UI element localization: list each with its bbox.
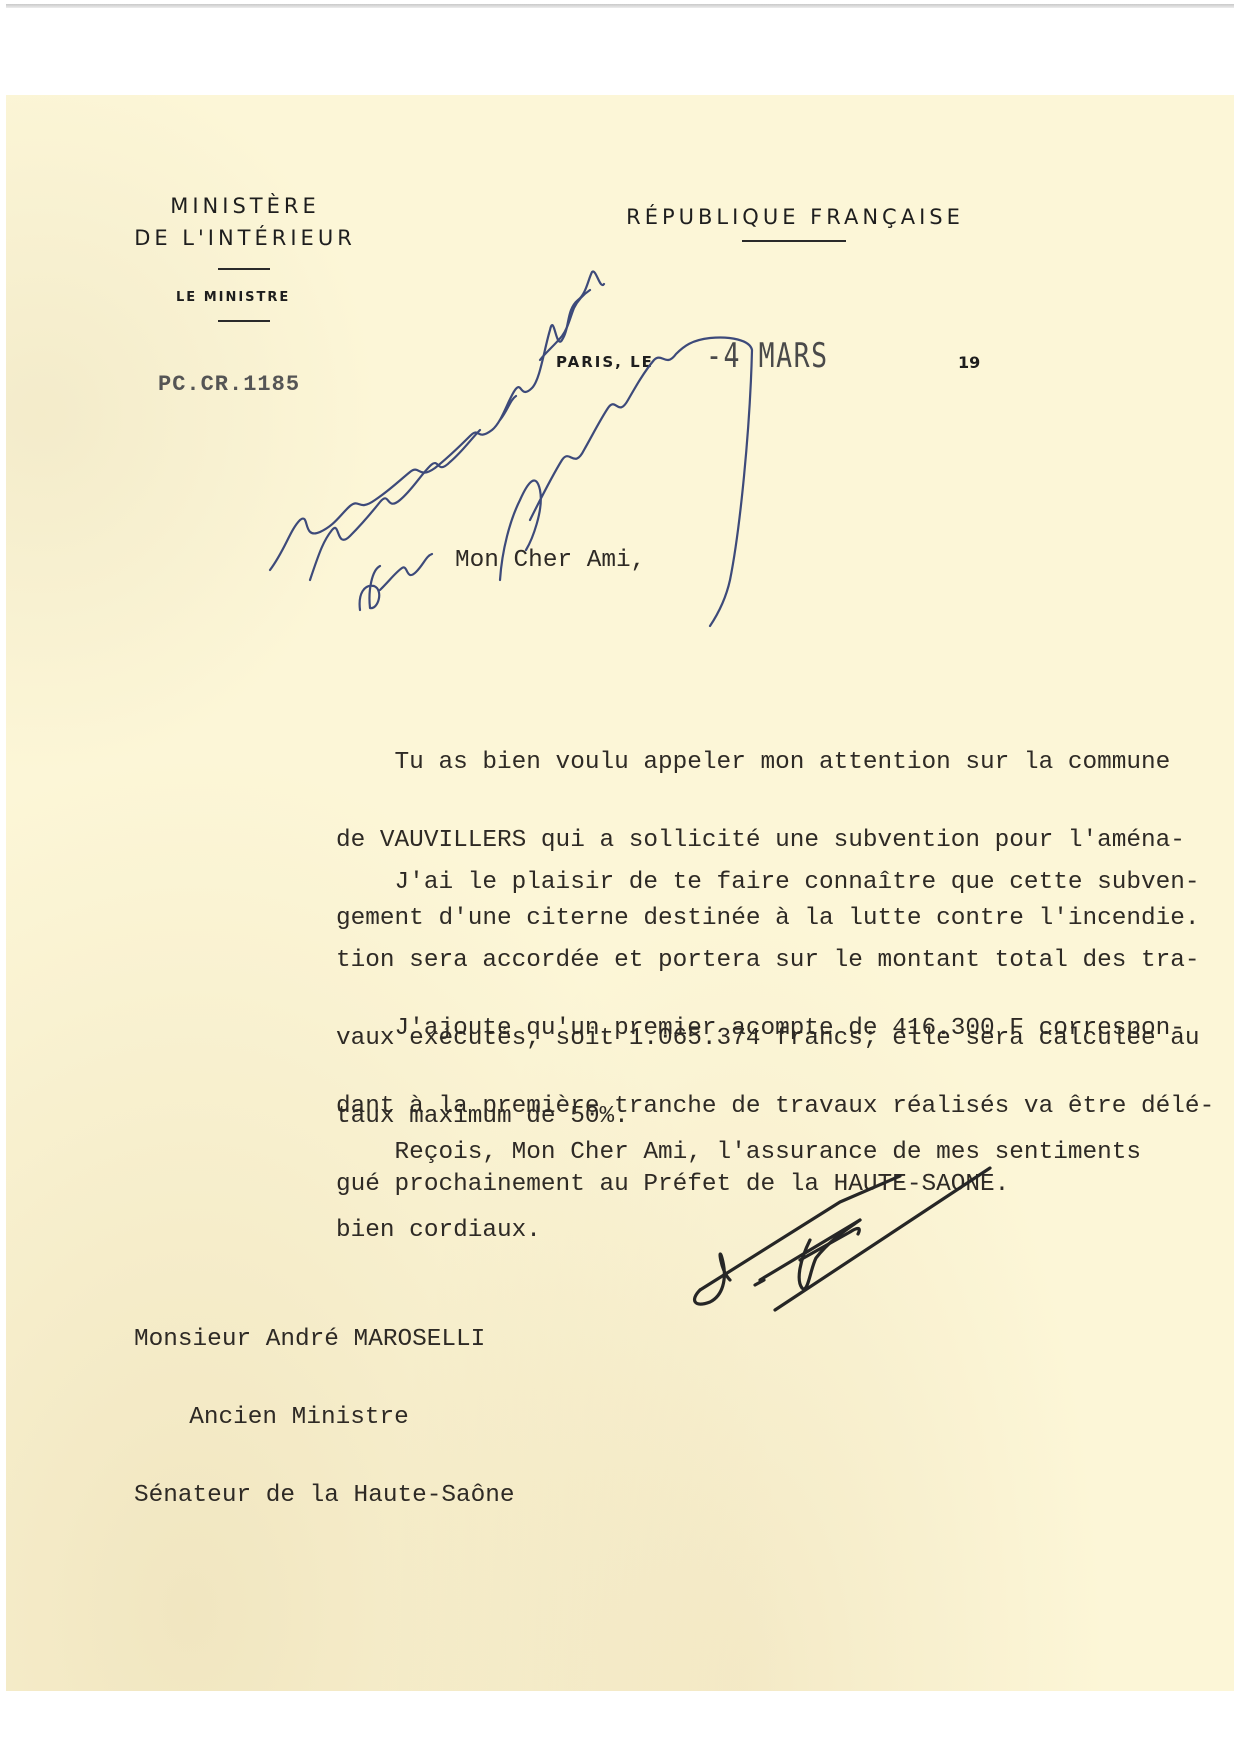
ministry-heading: MINISTÈRE DE L'INTÉRIEUR [100,190,390,254]
scan-edge [6,4,1234,8]
minister-signature [660,1140,1000,1320]
ministry-line-1: MINISTÈRE [100,190,390,222]
dateline-year: 19 [958,353,980,372]
salutation: Mon Cher Ami, [455,548,645,574]
recipient-name: Monsieur André MAROSELLI [134,1327,464,1353]
body-line: J'ai le plaisir de te faire connaître qu… [336,870,1200,896]
divider [742,240,846,242]
body-line: J'ajoute qu'un premier acompte de 416.30… [336,1016,1214,1042]
note-line-1: Avec mes sentiments les [0,0,1,1]
handwritten-note [240,250,760,650]
recipient-title: Ancien Ministre [134,1405,464,1431]
handwritten-note-text: Avec mes sentiments les plus cordiaux et… [0,0,1,1]
body-line: Tu as bien voulu appeler mon attention s… [336,750,1200,776]
republic-heading: RÉPUBLIQUE FRANÇAISE [575,201,1015,233]
recipient-block: Monsieur André MAROSELLI Ancien Ministre… [134,1275,464,1535]
recipient-office: Sénateur de la Haute-Saône [134,1483,464,1509]
